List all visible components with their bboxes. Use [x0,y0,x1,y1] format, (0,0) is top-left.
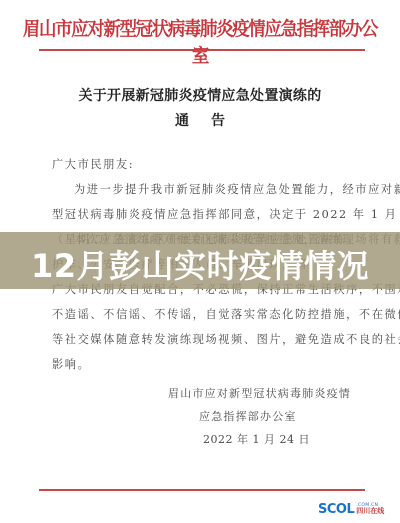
paragraph-2-line: 影响。 [52,352,352,377]
document-title: 关于开展新冠肺炎疫情应急处置演练的 [0,85,400,105]
paragraph-1-line: 为进一步提升我市新冠肺炎疫情应急处置能力，经市应对新 [52,177,352,202]
logo-side: .COM.CN 四川在线 [356,504,384,516]
footer-red-rule [39,489,365,491]
headline-text: 12月彭山实时疫情情况 [31,241,369,287]
header-red-rule [39,49,365,51]
logo-main-text: SCOL [318,502,354,517]
issuer-header: 眉山市应对新型冠状病毒肺炎疫情应急指挥部办公室 [16,14,384,68]
salutation: 广大市民朋友: [52,152,352,177]
paragraph-2-line: 不造谣、不信谣、不传谣，自觉落实常态化防控措施，不在微信 [52,302,352,327]
signature-org-line1: 眉山市应对新型冠状病毒肺炎疫情 [168,382,351,405]
scol-watermark-logo: SCOL .COM.CN 四川在线 [318,502,384,517]
paragraph-2-line: 等社交媒体随意转发演练现场视频、图片，避免造成不良的社会 [52,327,352,352]
signature-org-line2: 应急指挥部办公室 [199,405,297,428]
paragraph-1-line: 型冠状病毒肺炎疫情应急指挥部同意，决定于 2022 年 1 月 25 日 [52,202,352,227]
signature-date: 2022 年 1 月 24 日 [203,428,310,451]
document-type: 通告 [0,110,400,130]
logo-cn-text: 四川在线 [356,508,384,515]
headline-banner: 12月彭山实时疫情情况 [0,232,400,289]
